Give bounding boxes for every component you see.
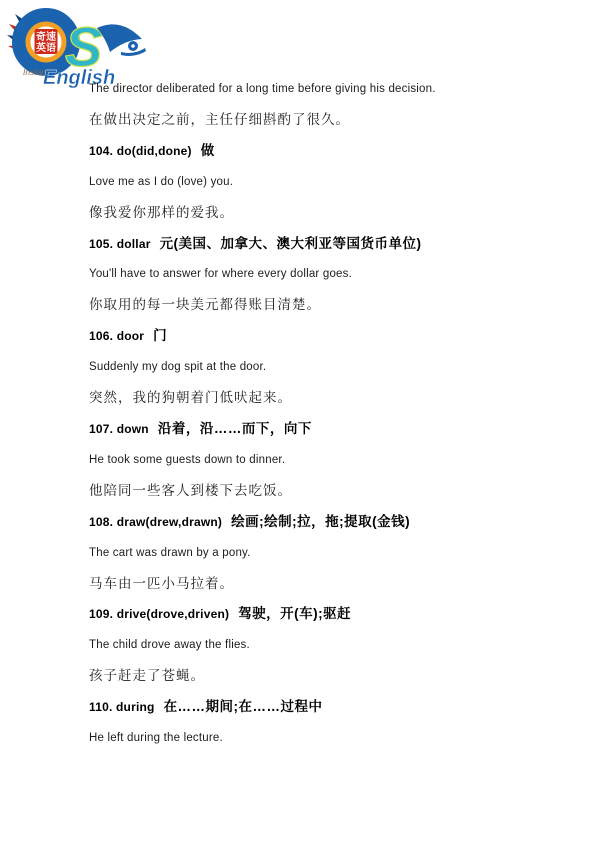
entry-example-english: He took some guests down to dinner. [89, 445, 529, 476]
logo-swoosh [97, 24, 146, 56]
entry-heading: 109. drive(drove,driven)驾驶，开(车);驱赶 [89, 599, 529, 630]
entry-example-chinese: 马车由一匹小马拉着。 [89, 569, 529, 600]
entry-example-english: The cart was drawn by a pony. [89, 538, 529, 569]
entry-number-word: 104. do(did,done) [89, 144, 192, 158]
logo-badge-text-line1: 奇速 [36, 30, 56, 43]
entry-heading: 110. during在……期间;在……过程中 [89, 692, 529, 723]
entry-meaning: 在……期间;在……过程中 [164, 699, 323, 714]
entry-example-chinese: 突然，我的狗朝着门低吠起来。 [89, 383, 529, 414]
entry-number-word: 106. door [89, 329, 144, 343]
entry-meaning: 绘画;绘制;拉，拖;提取(金钱) [231, 514, 410, 529]
entry-heading: 105. dollar元(美国、加拿大、澳大利亚等国货币单位) [89, 229, 529, 260]
entry-example-chinese: 孩子赶走了苍蝇。 [89, 661, 529, 692]
entry-heading: 104. do(did,done)做 [89, 136, 529, 167]
entry-number-word: 107. down [89, 422, 149, 436]
entry-number-word: 108. draw(drew,drawn) [89, 515, 222, 529]
entry-example-chinese: 像我爱你那样的爱我。 [89, 198, 529, 229]
intro-example-english: The director deliberated for a long time… [89, 74, 529, 105]
entry-meaning: 沿着，沿……而下，向下 [158, 421, 312, 436]
document-page: 奇速 英语 S Instant English The director del… [0, 0, 596, 842]
entry-number-word: 105. dollar [89, 237, 151, 251]
intro-example-chinese: 在做出决定之前，主任仔细斟酌了很久。 [89, 105, 529, 136]
entry-example-english: Love me as I do (love) you. [89, 167, 529, 198]
entry-number-word: 110. during [89, 700, 155, 714]
entry-meaning: 驾驶，开(车);驱赶 [238, 606, 351, 621]
entry-meaning: 元(美国、加拿大、澳大利亚等国货币单位) [160, 236, 422, 251]
entry-example-english: Suddenly my dog spit at the door. [89, 352, 529, 383]
logo-badge-text-line2: 英语 [36, 41, 56, 54]
entry-example-chinese: 你取用的每一块美元都得账目清楚。 [89, 290, 529, 321]
entry-heading: 108. draw(drew,drawn)绘画;绘制;拉，拖;提取(金钱) [89, 507, 529, 538]
entry-heading: 106. door门 [89, 321, 529, 352]
entry-example-english: The child drove away the flies. [89, 630, 529, 661]
entry-example-english: You'll have to answer for where every do… [89, 259, 529, 290]
entry-meaning: 门 [153, 328, 167, 343]
entry-heading: 107. down沿着，沿……而下，向下 [89, 414, 529, 445]
vocab-content: The director deliberated for a long time… [89, 74, 529, 754]
entry-example-english: He left during the lecture. [89, 723, 529, 754]
entry-number-word: 109. drive(drove,driven) [89, 607, 229, 621]
entry-meaning: 做 [201, 143, 215, 158]
entry-example-chinese: 他陪同一些客人到楼下去吃饭。 [89, 476, 529, 507]
